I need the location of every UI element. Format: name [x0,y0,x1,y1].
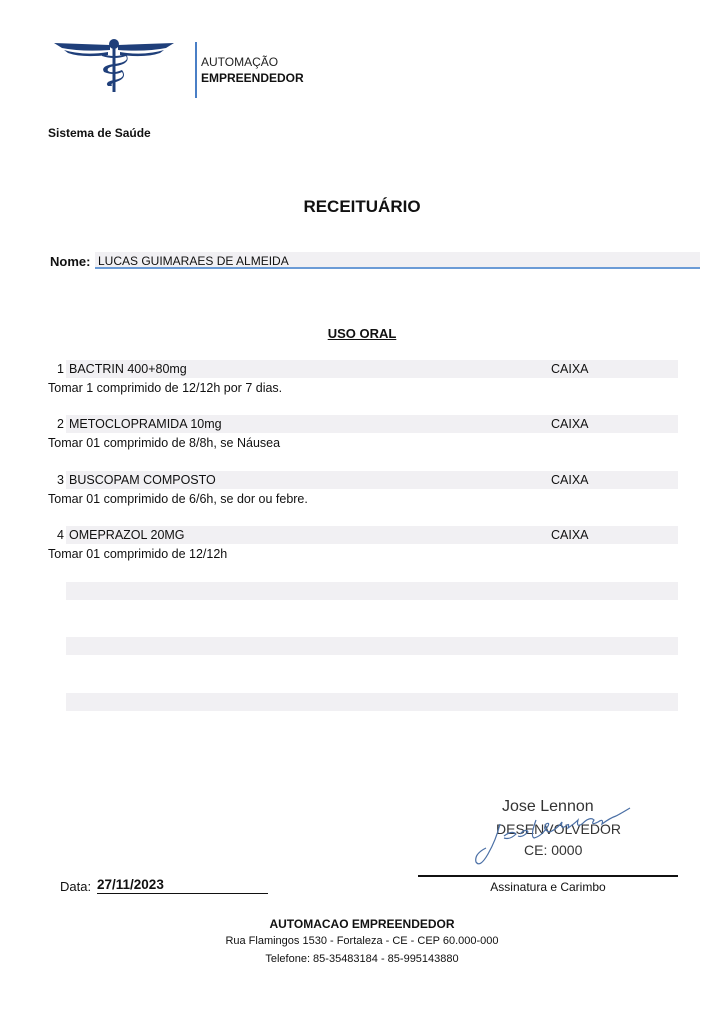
prescription-instruction: Tomar 01 comprimido de 12/12h [48,547,227,561]
prescription-number: 4 [57,528,64,542]
prescription-instruction: Tomar 01 comprimido de 6/6h, se dor ou f… [48,492,308,506]
patient-label: Nome: [50,254,90,269]
brand-divider [195,42,197,98]
footer-address: Rua Flamingos 1530 - Fortaleza - CE - CE… [0,935,724,947]
prescription-drug: METOCLOPRAMIDA 10mg [69,417,222,431]
section-title: USO ORAL [0,326,724,341]
prescription-drug: BACTRIN 400+80mg [69,362,187,376]
system-name: Sistema de Saúde [48,126,151,140]
handwritten-signature [470,796,640,868]
prescription-number: 3 [57,473,64,487]
date-label: Data: [60,879,91,894]
prescription-number: 1 [57,362,64,376]
date-value: 27/11/2023 [97,877,268,894]
prescription-drug: BUSCOPAM COMPOSTO [69,473,216,487]
signature-label: Assinatura e Carimbo [418,880,678,894]
prescription-unit: CAIXA [551,473,589,487]
footer-phone: Telefone: 85-35483184 - 85-995143880 [0,953,724,965]
brand-line-1: AUTOMAÇÃO [201,55,278,69]
empty-prescription-row [66,582,678,600]
prescription-instruction: Tomar 01 comprimido de 8/8h, se Náusea [48,436,280,450]
footer-company: AUTOMACAO EMPREENDEDOR [0,917,724,931]
patient-name-field[interactable]: LUCAS GUIMARAES DE ALMEIDA [95,252,700,269]
brand-line-2: EMPREENDEDOR [201,71,304,85]
prescription-unit: CAIXA [551,362,589,376]
signature-line [418,875,678,877]
empty-prescription-row [66,693,678,711]
prescription-instruction: Tomar 1 comprimido de 12/12h por 7 dias. [48,381,282,395]
prescription-unit: CAIXA [551,417,589,431]
document-title: RECEITUÁRIO [0,197,724,217]
prescription-drug: OMEPRAZOL 20MG [69,528,185,542]
prescription-unit: CAIXA [551,528,589,542]
prescription-number: 2 [57,417,64,431]
caduceus-icon [52,36,176,96]
empty-prescription-row [66,637,678,655]
